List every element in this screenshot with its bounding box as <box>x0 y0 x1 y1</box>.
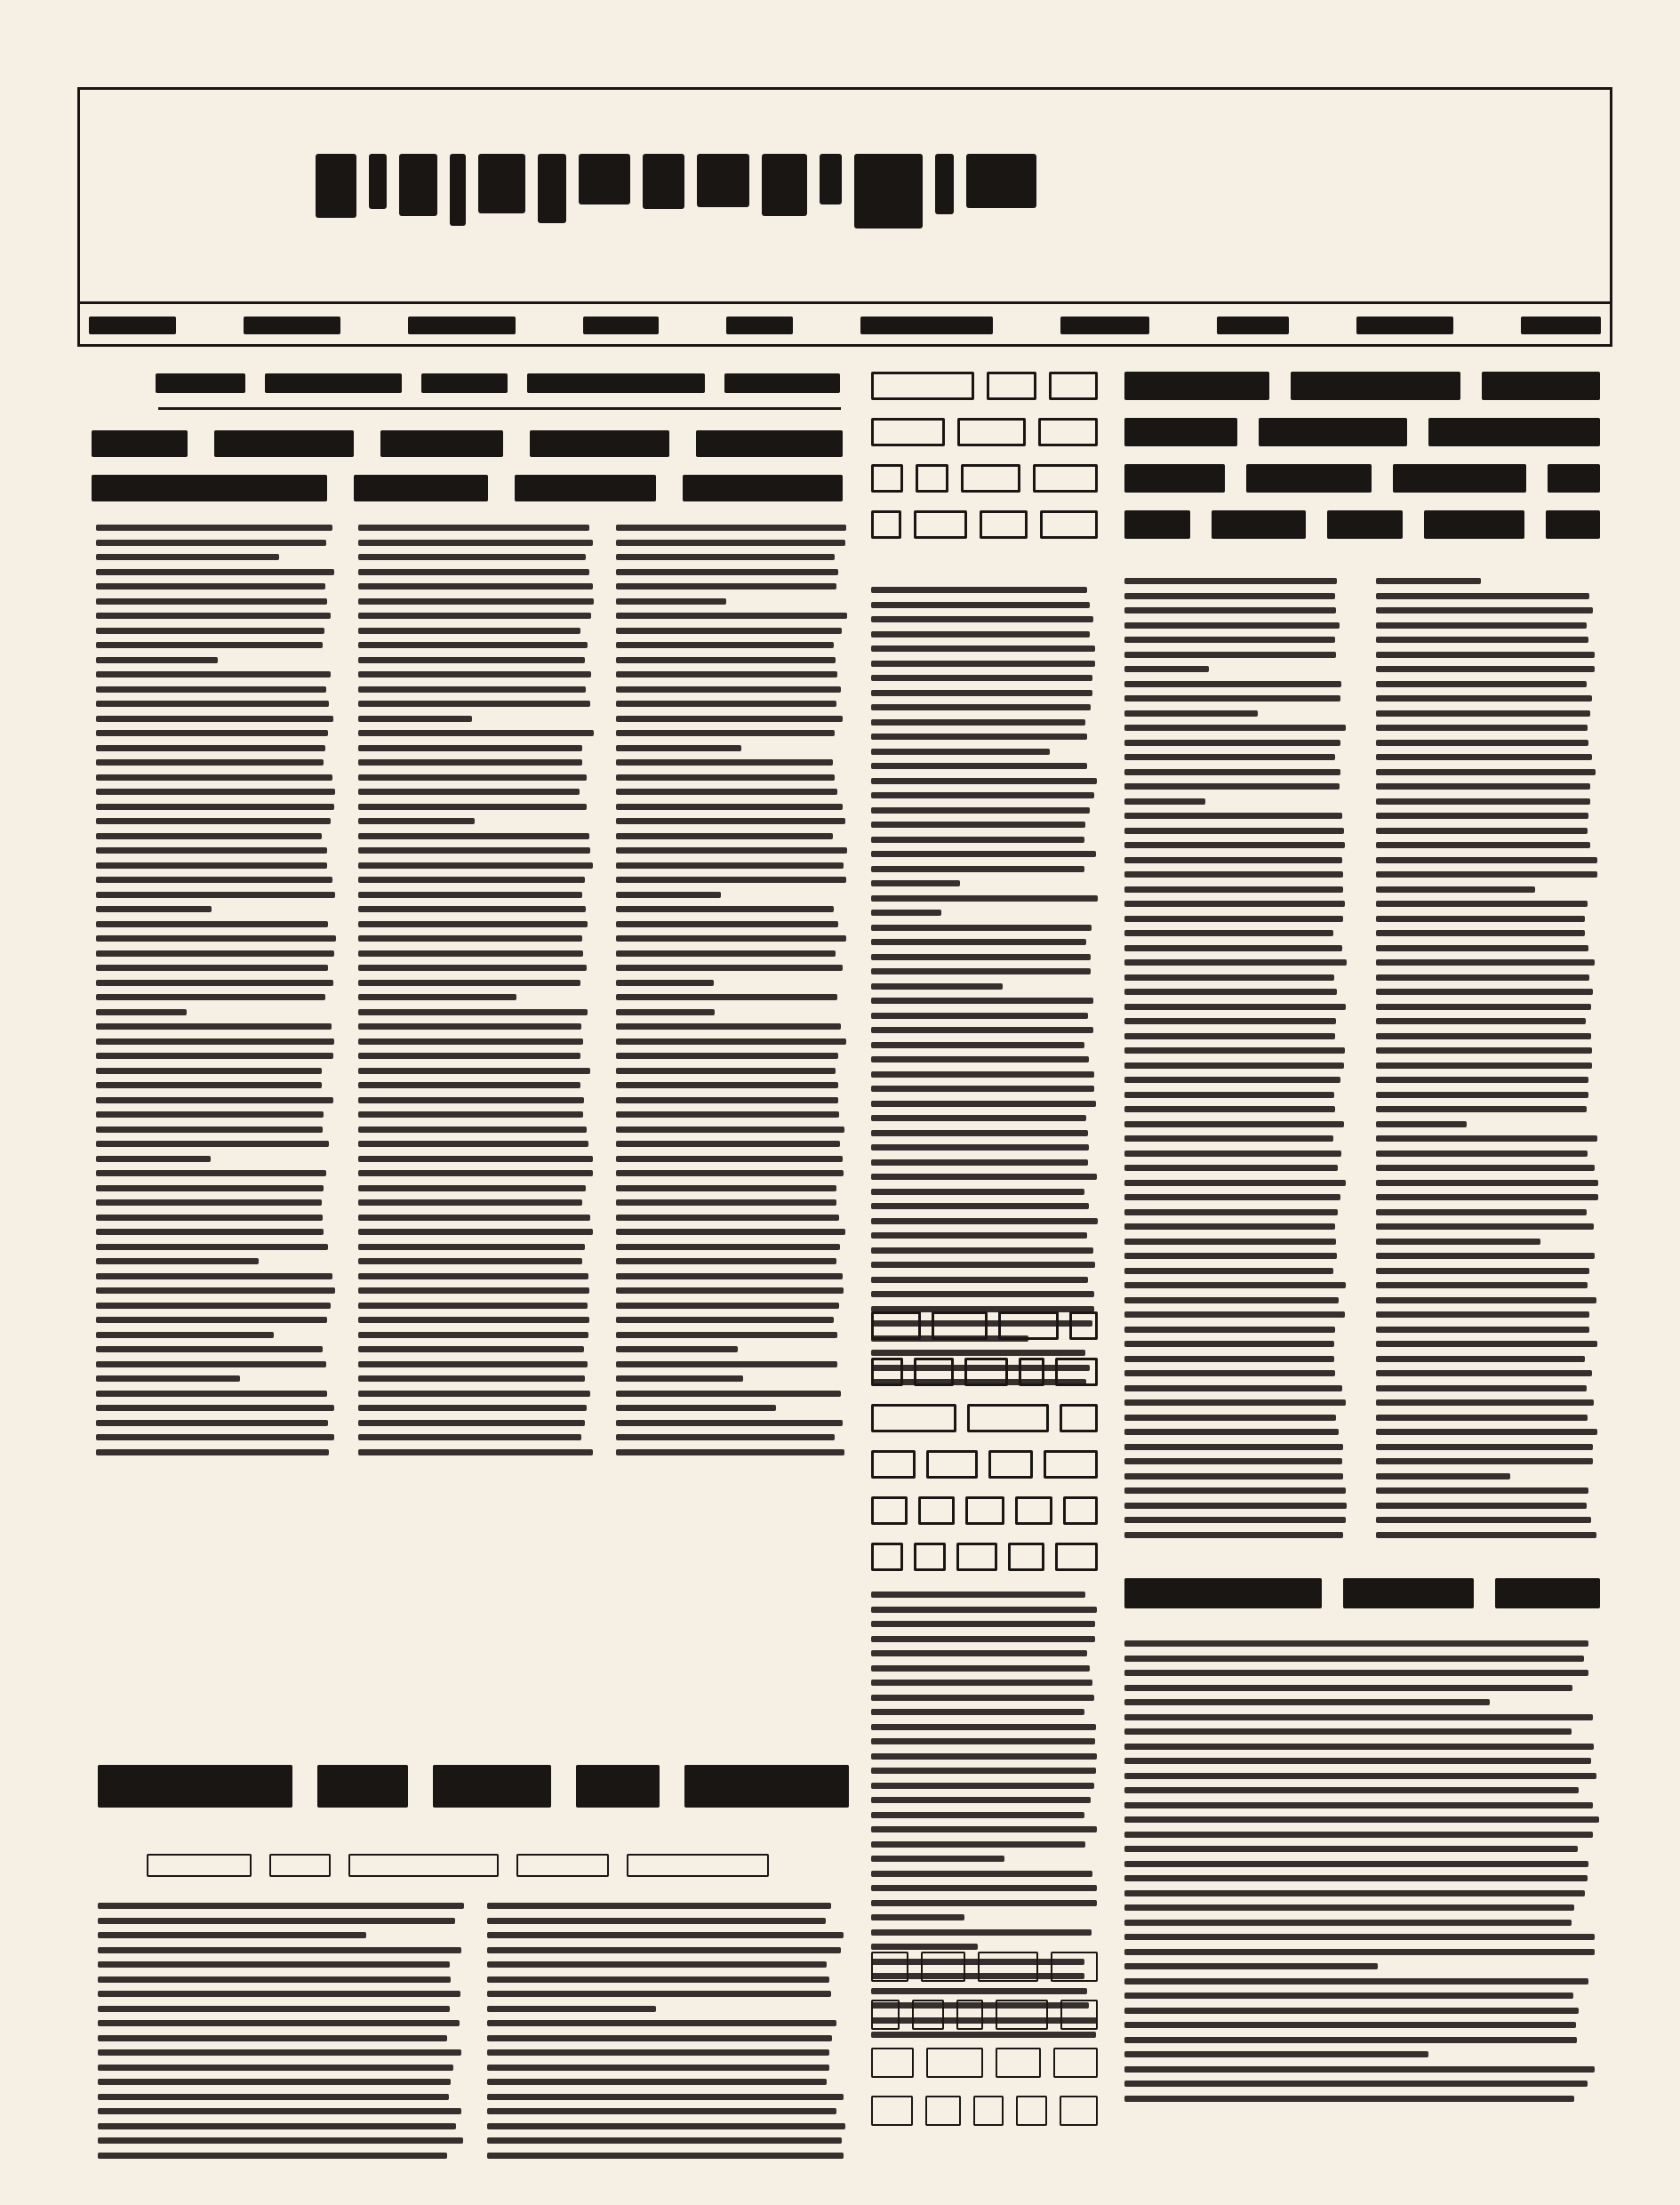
text-line <box>1124 1978 1588 1984</box>
text-line <box>1124 1444 1343 1450</box>
text-line <box>1376 959 1595 966</box>
text-line <box>1376 1297 1596 1303</box>
text-line <box>358 1141 588 1147</box>
third-story-headline <box>1124 372 1600 557</box>
text-line <box>358 1127 587 1133</box>
text-line <box>1376 1458 1593 1464</box>
text-line <box>871 1885 1097 1891</box>
text-line <box>96 1053 333 1059</box>
headline-line <box>871 1952 1098 1982</box>
text-line <box>358 980 580 986</box>
text-line <box>871 1086 1094 1092</box>
text-line <box>98 1918 455 1924</box>
headline-word <box>871 418 945 446</box>
text-line <box>616 598 726 605</box>
text-line <box>98 2137 463 2144</box>
headline-word <box>1124 418 1237 446</box>
headline-line <box>871 510 1098 539</box>
headline-word <box>987 372 1036 400</box>
text-line <box>1124 1004 1346 1010</box>
text-line <box>1376 1341 1597 1347</box>
title-glyph <box>643 154 684 209</box>
text-line <box>1376 1415 1588 1421</box>
headline-word <box>1327 510 1403 539</box>
text-line <box>1124 2096 1574 2102</box>
text-line <box>96 583 325 589</box>
text-line <box>358 906 586 912</box>
text-line <box>1124 1875 1588 1881</box>
headline-word <box>1259 418 1407 446</box>
headline-word <box>1246 464 1372 493</box>
text-line <box>616 818 845 824</box>
text-line <box>96 1215 323 1221</box>
text-line <box>487 1961 827 1968</box>
headline-word <box>871 2000 900 2030</box>
text-line <box>616 1434 835 1440</box>
text-line <box>358 745 582 751</box>
dateline <box>89 312 1601 339</box>
text-line <box>871 954 1091 960</box>
text-line <box>1376 607 1593 613</box>
text-line <box>616 583 836 589</box>
text-line <box>1124 1399 1346 1406</box>
headline-word <box>912 2000 944 2030</box>
text-line <box>1376 1165 1595 1171</box>
text-line <box>1124 1993 1573 1999</box>
text-line <box>871 880 960 886</box>
text-line <box>96 671 331 678</box>
text-line <box>358 862 593 869</box>
headline-word <box>871 464 903 493</box>
text-line <box>358 877 585 883</box>
text-line <box>96 569 334 575</box>
title-glyph <box>966 154 1036 208</box>
text-line <box>1376 871 1597 878</box>
headline-word <box>964 1358 1008 1386</box>
text-line <box>616 1082 838 1088</box>
headline-word <box>354 475 488 501</box>
text-line <box>1124 989 1337 995</box>
text-line <box>1124 842 1345 848</box>
right-lower-story-headline <box>1124 1578 1600 1626</box>
dateline-item <box>1060 317 1149 334</box>
text-line <box>1124 1685 1572 1691</box>
text-line <box>1124 710 1258 717</box>
text-line <box>871 1900 1097 1906</box>
lead-story-column-2 <box>358 525 594 1463</box>
text-line <box>1376 622 1587 629</box>
text-line <box>1124 1092 1334 1098</box>
text-line <box>616 1097 838 1103</box>
text-line <box>96 1199 322 1206</box>
text-line <box>1124 637 1335 643</box>
text-line <box>487 2137 842 2144</box>
text-line <box>616 1303 839 1309</box>
text-line <box>871 1247 1093 1254</box>
headline-word <box>973 2096 1004 2126</box>
headline-word <box>433 1765 551 1808</box>
text-line <box>96 1346 323 1352</box>
text-line <box>871 734 1087 740</box>
headline-line <box>871 1450 1098 1479</box>
text-line <box>871 1277 1088 1283</box>
text-line <box>1124 1180 1346 1186</box>
headline-word <box>516 1854 609 1877</box>
lead-story-column-1 <box>96 525 336 1463</box>
text-line <box>96 1361 326 1367</box>
text-line <box>358 1303 588 1309</box>
text-line <box>1376 901 1588 907</box>
text-line <box>1124 1165 1338 1171</box>
text-line <box>358 1332 588 1338</box>
title-glyph <box>935 154 953 214</box>
text-line <box>1124 1670 1588 1676</box>
text-line <box>358 818 475 824</box>
headline-word <box>683 475 843 501</box>
text-line <box>1376 725 1588 731</box>
text-line <box>871 661 1095 667</box>
headline-word <box>871 2096 913 2126</box>
headline-line <box>92 475 843 501</box>
text-line <box>358 613 591 619</box>
text-line <box>1376 1121 1467 1127</box>
dateline-item <box>89 317 176 334</box>
text-line <box>1376 593 1589 599</box>
text-line <box>1124 1018 1336 1024</box>
text-line <box>1376 1106 1587 1112</box>
headline-word <box>1069 1311 1098 1340</box>
right-lower-story-body <box>1124 1640 1600 2110</box>
text-line <box>871 792 1094 798</box>
text-line <box>358 1156 593 1162</box>
headline-word <box>871 1543 903 1571</box>
text-line <box>1124 930 1333 936</box>
text-line <box>358 1361 588 1367</box>
text-line <box>96 1434 334 1440</box>
headline-word <box>1053 2048 1098 2078</box>
text-line <box>96 774 332 781</box>
text-line <box>616 671 837 678</box>
text-line <box>1124 1758 1591 1764</box>
text-line <box>616 1258 836 1264</box>
text-line <box>616 701 836 707</box>
headline-word <box>627 1854 769 1877</box>
text-line <box>871 1189 1084 1195</box>
text-line <box>96 862 327 869</box>
text-line <box>1124 945 1342 951</box>
text-line <box>616 716 843 722</box>
text-line <box>358 1185 586 1191</box>
text-line <box>358 759 582 766</box>
text-line <box>1124 2022 1576 2028</box>
text-line <box>1124 1268 1333 1274</box>
text-line <box>616 540 845 546</box>
kicker-rule <box>158 407 841 410</box>
dateline-item <box>408 317 515 334</box>
text-line <box>358 1229 593 1235</box>
text-line <box>358 1273 588 1279</box>
text-line <box>96 730 328 736</box>
text-line <box>487 1947 841 1953</box>
text-line <box>98 2006 450 2012</box>
text-line <box>1124 1370 1335 1376</box>
headline-line <box>1124 418 1600 446</box>
text-line <box>616 1199 836 1206</box>
text-line <box>871 1144 1089 1151</box>
text-line <box>1376 974 1589 981</box>
headline-word <box>871 1450 916 1479</box>
title-glyph <box>399 154 437 216</box>
text-line <box>871 1203 1089 1209</box>
headline-word <box>684 1765 849 1808</box>
third-story-column-1 <box>1124 578 1347 1546</box>
text-line <box>98 1961 450 1968</box>
sidebar-story-headline <box>871 1311 1098 1589</box>
headline-word <box>914 1358 954 1386</box>
text-line <box>1124 886 1343 893</box>
third-story-column-2 <box>1376 578 1598 1546</box>
text-line <box>96 1229 324 1235</box>
text-line <box>358 1170 593 1176</box>
text-line <box>616 965 843 971</box>
text-line <box>358 1346 584 1352</box>
text-line <box>96 642 323 648</box>
headline-word <box>530 430 669 457</box>
text-line <box>98 2108 461 2114</box>
text-line <box>871 645 1095 652</box>
text-line <box>96 1317 327 1323</box>
text-line <box>1376 652 1595 658</box>
text-line <box>871 1738 1095 1744</box>
text-line <box>871 1607 1097 1613</box>
text-line <box>1124 1744 1594 1750</box>
text-line <box>1124 2008 1579 2014</box>
headline-line <box>871 2000 1098 2030</box>
text-line <box>1376 1253 1595 1259</box>
text-line <box>1124 1151 1341 1157</box>
text-line <box>871 1262 1095 1268</box>
text-line <box>358 554 586 560</box>
headline-word <box>871 1952 908 1982</box>
text-line <box>1376 1532 1596 1538</box>
text-line <box>1124 1728 1572 1735</box>
lead-story-headline <box>92 430 843 519</box>
headline-word <box>978 1952 1038 1982</box>
headline-word <box>1124 464 1225 493</box>
text-line <box>358 730 594 736</box>
headline-word <box>914 510 967 539</box>
text-line <box>871 1291 1094 1297</box>
headline-line <box>1124 1578 1600 1608</box>
headline-word <box>980 510 1028 539</box>
headline-word <box>421 373 508 393</box>
headline-word <box>1428 418 1600 446</box>
text-line <box>616 657 836 663</box>
text-line <box>96 950 334 957</box>
text-line <box>871 1650 1087 1656</box>
text-line <box>358 1215 590 1221</box>
text-line <box>1376 1399 1594 1406</box>
text-line <box>358 1405 587 1411</box>
text-line <box>358 1053 580 1059</box>
text-line <box>358 847 590 854</box>
bottom-story-headline <box>98 1765 849 1825</box>
headline-word <box>1044 1450 1098 1479</box>
text-line <box>1124 1802 1593 1808</box>
headline-word <box>1546 510 1600 539</box>
text-line <box>96 965 328 971</box>
text-line <box>487 2123 845 2129</box>
text-line <box>616 1111 839 1118</box>
text-line <box>1124 1517 1346 1523</box>
text-line <box>1376 1223 1594 1230</box>
text-line <box>1376 1180 1598 1186</box>
text-line <box>358 950 583 957</box>
text-line <box>358 804 587 810</box>
text-line <box>1124 1787 1579 1793</box>
headline-word <box>98 1765 292 1808</box>
text-line <box>1124 828 1344 834</box>
text-line <box>1376 637 1588 643</box>
text-line <box>1124 1253 1337 1259</box>
text-line <box>1124 813 1342 819</box>
text-line <box>616 1449 844 1455</box>
text-line <box>96 1449 329 1455</box>
text-line <box>1124 2051 1428 2057</box>
text-line <box>358 1420 585 1426</box>
text-line <box>96 1082 322 1088</box>
text-line <box>1124 1458 1342 1464</box>
text-line <box>96 1287 335 1294</box>
text-line <box>96 818 331 824</box>
text-line <box>871 1871 1092 1877</box>
text-line <box>96 1111 324 1118</box>
text-line <box>1124 1033 1335 1039</box>
bottom-story-subhead <box>147 1854 769 1895</box>
text-line <box>616 1391 841 1397</box>
text-line <box>1124 607 1336 613</box>
text-line <box>96 906 212 912</box>
text-line <box>487 2094 844 2100</box>
headline-word <box>957 418 1026 446</box>
text-line <box>96 935 336 942</box>
text-line <box>96 1420 328 1426</box>
text-line <box>98 2094 449 2100</box>
text-line <box>616 1156 843 1162</box>
text-line <box>96 980 333 986</box>
text-line <box>871 895 1098 902</box>
text-line <box>616 1141 840 1147</box>
text-line <box>871 1856 1004 1862</box>
text-line <box>616 1009 715 1015</box>
text-line <box>1124 2037 1577 2043</box>
text-line <box>871 1753 1097 1760</box>
masthead-divider <box>80 301 1610 304</box>
text-line <box>1124 1699 1490 1705</box>
headline-word <box>380 430 503 457</box>
text-line <box>1124 725 1346 731</box>
text-line <box>871 1665 1090 1672</box>
text-line <box>1124 1934 1595 1940</box>
text-line <box>871 1592 1085 1598</box>
text-line <box>1124 783 1340 790</box>
text-line <box>616 1273 843 1279</box>
text-line <box>1376 1239 1540 1245</box>
text-line <box>1124 578 1337 584</box>
text-line <box>358 921 588 927</box>
text-line <box>1376 930 1585 936</box>
text-line <box>1376 1151 1588 1157</box>
text-line <box>871 968 1091 974</box>
text-line <box>1124 1194 1340 1200</box>
text-line <box>616 847 847 854</box>
headline-word <box>871 1311 921 1340</box>
text-line <box>1124 1832 1593 1838</box>
text-line <box>98 1991 460 1997</box>
text-line <box>358 525 589 531</box>
headline-word <box>1016 2096 1047 2126</box>
lead-story-kicker <box>156 373 840 411</box>
text-line <box>96 833 322 839</box>
text-line <box>96 657 218 663</box>
newspaper-title <box>316 154 1036 229</box>
text-line <box>616 935 846 942</box>
text-line <box>1376 1429 1597 1435</box>
text-line <box>1376 1473 1510 1479</box>
text-line <box>487 2108 836 2114</box>
text-line <box>1124 1297 1339 1303</box>
headline-line <box>1124 464 1600 493</box>
text-line <box>358 1391 590 1397</box>
text-line <box>616 628 842 634</box>
text-line <box>871 778 1097 784</box>
text-line <box>358 1258 582 1264</box>
text-line <box>871 1159 1088 1166</box>
text-line <box>98 1932 366 1938</box>
text-line <box>1124 857 1342 863</box>
title-glyph <box>697 154 749 207</box>
headline-word <box>696 430 843 457</box>
text-line <box>1376 1444 1593 1450</box>
text-line <box>616 1420 843 1426</box>
headline-word <box>214 430 354 457</box>
headline-word <box>156 373 245 393</box>
text-line <box>616 1068 836 1074</box>
headline-word <box>1124 372 1269 400</box>
headline-line <box>871 1358 1098 1386</box>
text-line <box>96 847 327 854</box>
text-line <box>487 1991 831 1997</box>
text-line <box>358 598 594 605</box>
text-line <box>1376 769 1596 775</box>
text-line <box>871 1636 1095 1642</box>
headline-word <box>956 1543 998 1571</box>
headline-line <box>98 1765 849 1808</box>
dateline-item <box>860 317 993 334</box>
text-line <box>96 1170 326 1176</box>
text-line <box>616 994 837 1000</box>
text-line <box>871 763 1087 769</box>
text-line <box>1376 842 1590 848</box>
headline-word <box>269 1854 331 1877</box>
text-line <box>616 1244 840 1250</box>
text-line <box>358 686 586 693</box>
text-line <box>1124 1282 1346 1288</box>
text-line <box>1376 754 1592 760</box>
text-line <box>871 837 1084 843</box>
text-line <box>1376 1004 1591 1010</box>
headline-line <box>871 1404 1098 1432</box>
